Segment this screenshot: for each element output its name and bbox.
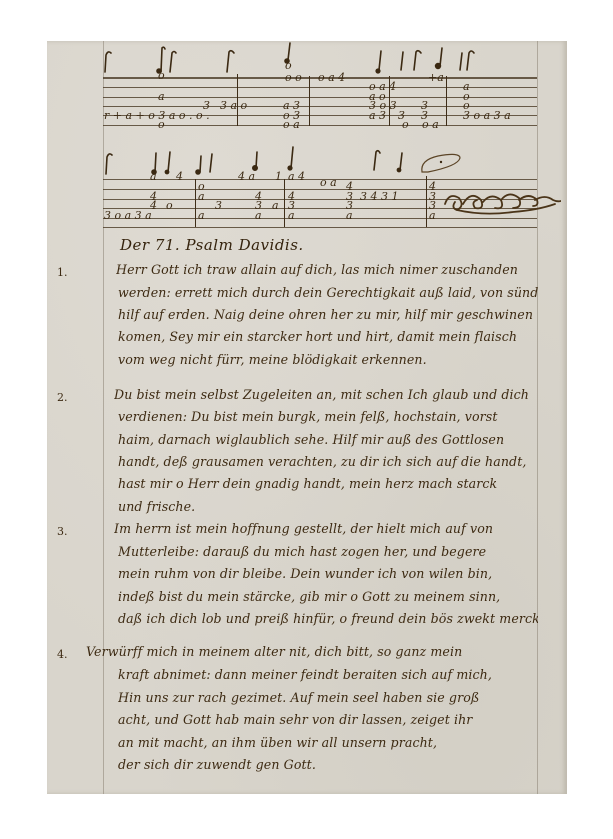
verse-line: der sich dir zuwendt gen Gott.: [118, 757, 538, 772]
verse-line: haim, darnach wiglaublich sehe. Hilf mir…: [118, 432, 538, 447]
verse-line: vom weg nicht fürr, meine blödigkait erk…: [118, 352, 538, 367]
verse-line: Du bist mein selbst Zugeleiten an, mit s…: [114, 387, 534, 402]
verse-line: Herr Gott ich traw allain auf dich, las …: [116, 262, 536, 277]
fermata-flourish: [418, 152, 464, 176]
verse-line: komen, Sey mir ein starcker hort und hir…: [118, 329, 538, 344]
verse-line: daß ich dich lob und preiß hinfür, o fre…: [118, 611, 538, 626]
verse-line: handt, deß grausamen verachten, zu dir i…: [118, 454, 538, 469]
verse-number: 2.: [57, 391, 68, 404]
calligraphic-ornament: [443, 186, 561, 218]
verse-line: Im herrn ist mein hoffnung gestellt, der…: [114, 521, 534, 536]
staff-line: [103, 218, 537, 219]
verse-line: an mit macht, an ihm üben wir all unsern…: [118, 735, 538, 750]
verse-number: 3.: [57, 525, 68, 538]
staff-line: [103, 227, 537, 228]
verse-line: indeß bist du mein stärcke, gib mir o Go…: [118, 589, 538, 604]
verse-line: Hin uns zur rach gezimet. Auf mein seel …: [118, 690, 538, 705]
verse-number: 1.: [57, 266, 68, 279]
verse-line: mein ruhm von dir bleibe. Dein wunder ic…: [118, 566, 538, 581]
verse-line: Mutterleibe: darauß du mich hast zogen h…: [118, 544, 538, 559]
verse-line: Verwürff mich in meinem alter nit, dich …: [86, 644, 506, 659]
verse-line: hilf auf erden. Naig deine ohren her zu …: [118, 307, 538, 322]
verse-line: werden: errett mich durch dein Gerechtig…: [118, 285, 538, 300]
verse-line: hast mir o Herr dein gnadig handt, mein …: [118, 476, 538, 491]
psalm-title: Der 71. Psalm Davidis.: [120, 236, 304, 254]
verse-line: verdienen: Du bist mein burgk, mein felß…: [118, 409, 538, 424]
verse-line: und frische.: [118, 499, 538, 514]
verse-line: acht, und Gott hab main sehr von dir las…: [118, 712, 538, 727]
verse-number: 4.: [57, 648, 68, 661]
verse-line: kraft abnimet: dann meiner feindt berait…: [118, 667, 538, 682]
